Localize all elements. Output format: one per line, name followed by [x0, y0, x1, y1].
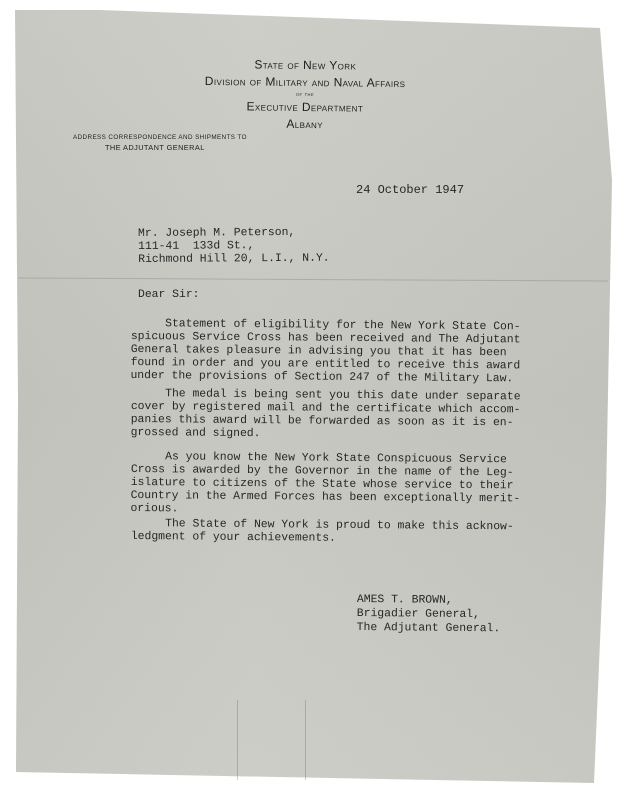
recipient-street: 111-41 133d St.,: [138, 240, 329, 254]
recipient-name: Mr. Joseph M. Peterson,: [138, 227, 329, 241]
recipient-address: Mr. Joseph M. Peterson,111-41 133d St.,R…: [138, 227, 330, 267]
body-paragraph-3: As you know the New York State Conspicuo…: [130, 451, 520, 519]
recipient-city: Richmond Hill 20, L.I., N.Y.: [138, 253, 329, 267]
address-note-line1: Address correspondence and shipments to: [73, 133, 247, 143]
salutation: Dear Sir:: [138, 289, 200, 302]
signature-title: The Adjutant General.: [357, 621, 501, 636]
body-paragraph-1: Statement of eligibility for the New Yor…: [130, 318, 520, 386]
signature-rank: Brigadier General,: [357, 607, 501, 622]
signature-block: AMES T. BROWN,Brigadier General,The Adju…: [357, 593, 501, 636]
letterhead-city: Albany: [150, 114, 460, 134]
address-note-line2: The Adjutant General: [73, 143, 247, 153]
body-paragraph-2: The medal is being sent you this date un…: [131, 388, 521, 443]
fold-line-vertical-right: [305, 700, 306, 780]
signature-name: AMES T. BROWN,: [357, 593, 501, 608]
address-note: Address correspondence and shipments to …: [73, 133, 247, 153]
letter-date: 24 October 1947: [356, 184, 464, 197]
letterhead: State of New York Division of Military a…: [150, 55, 461, 134]
fold-line-vertical-left: [237, 700, 238, 780]
body-paragraph-4: The State of New York is proud to make t…: [131, 518, 514, 547]
